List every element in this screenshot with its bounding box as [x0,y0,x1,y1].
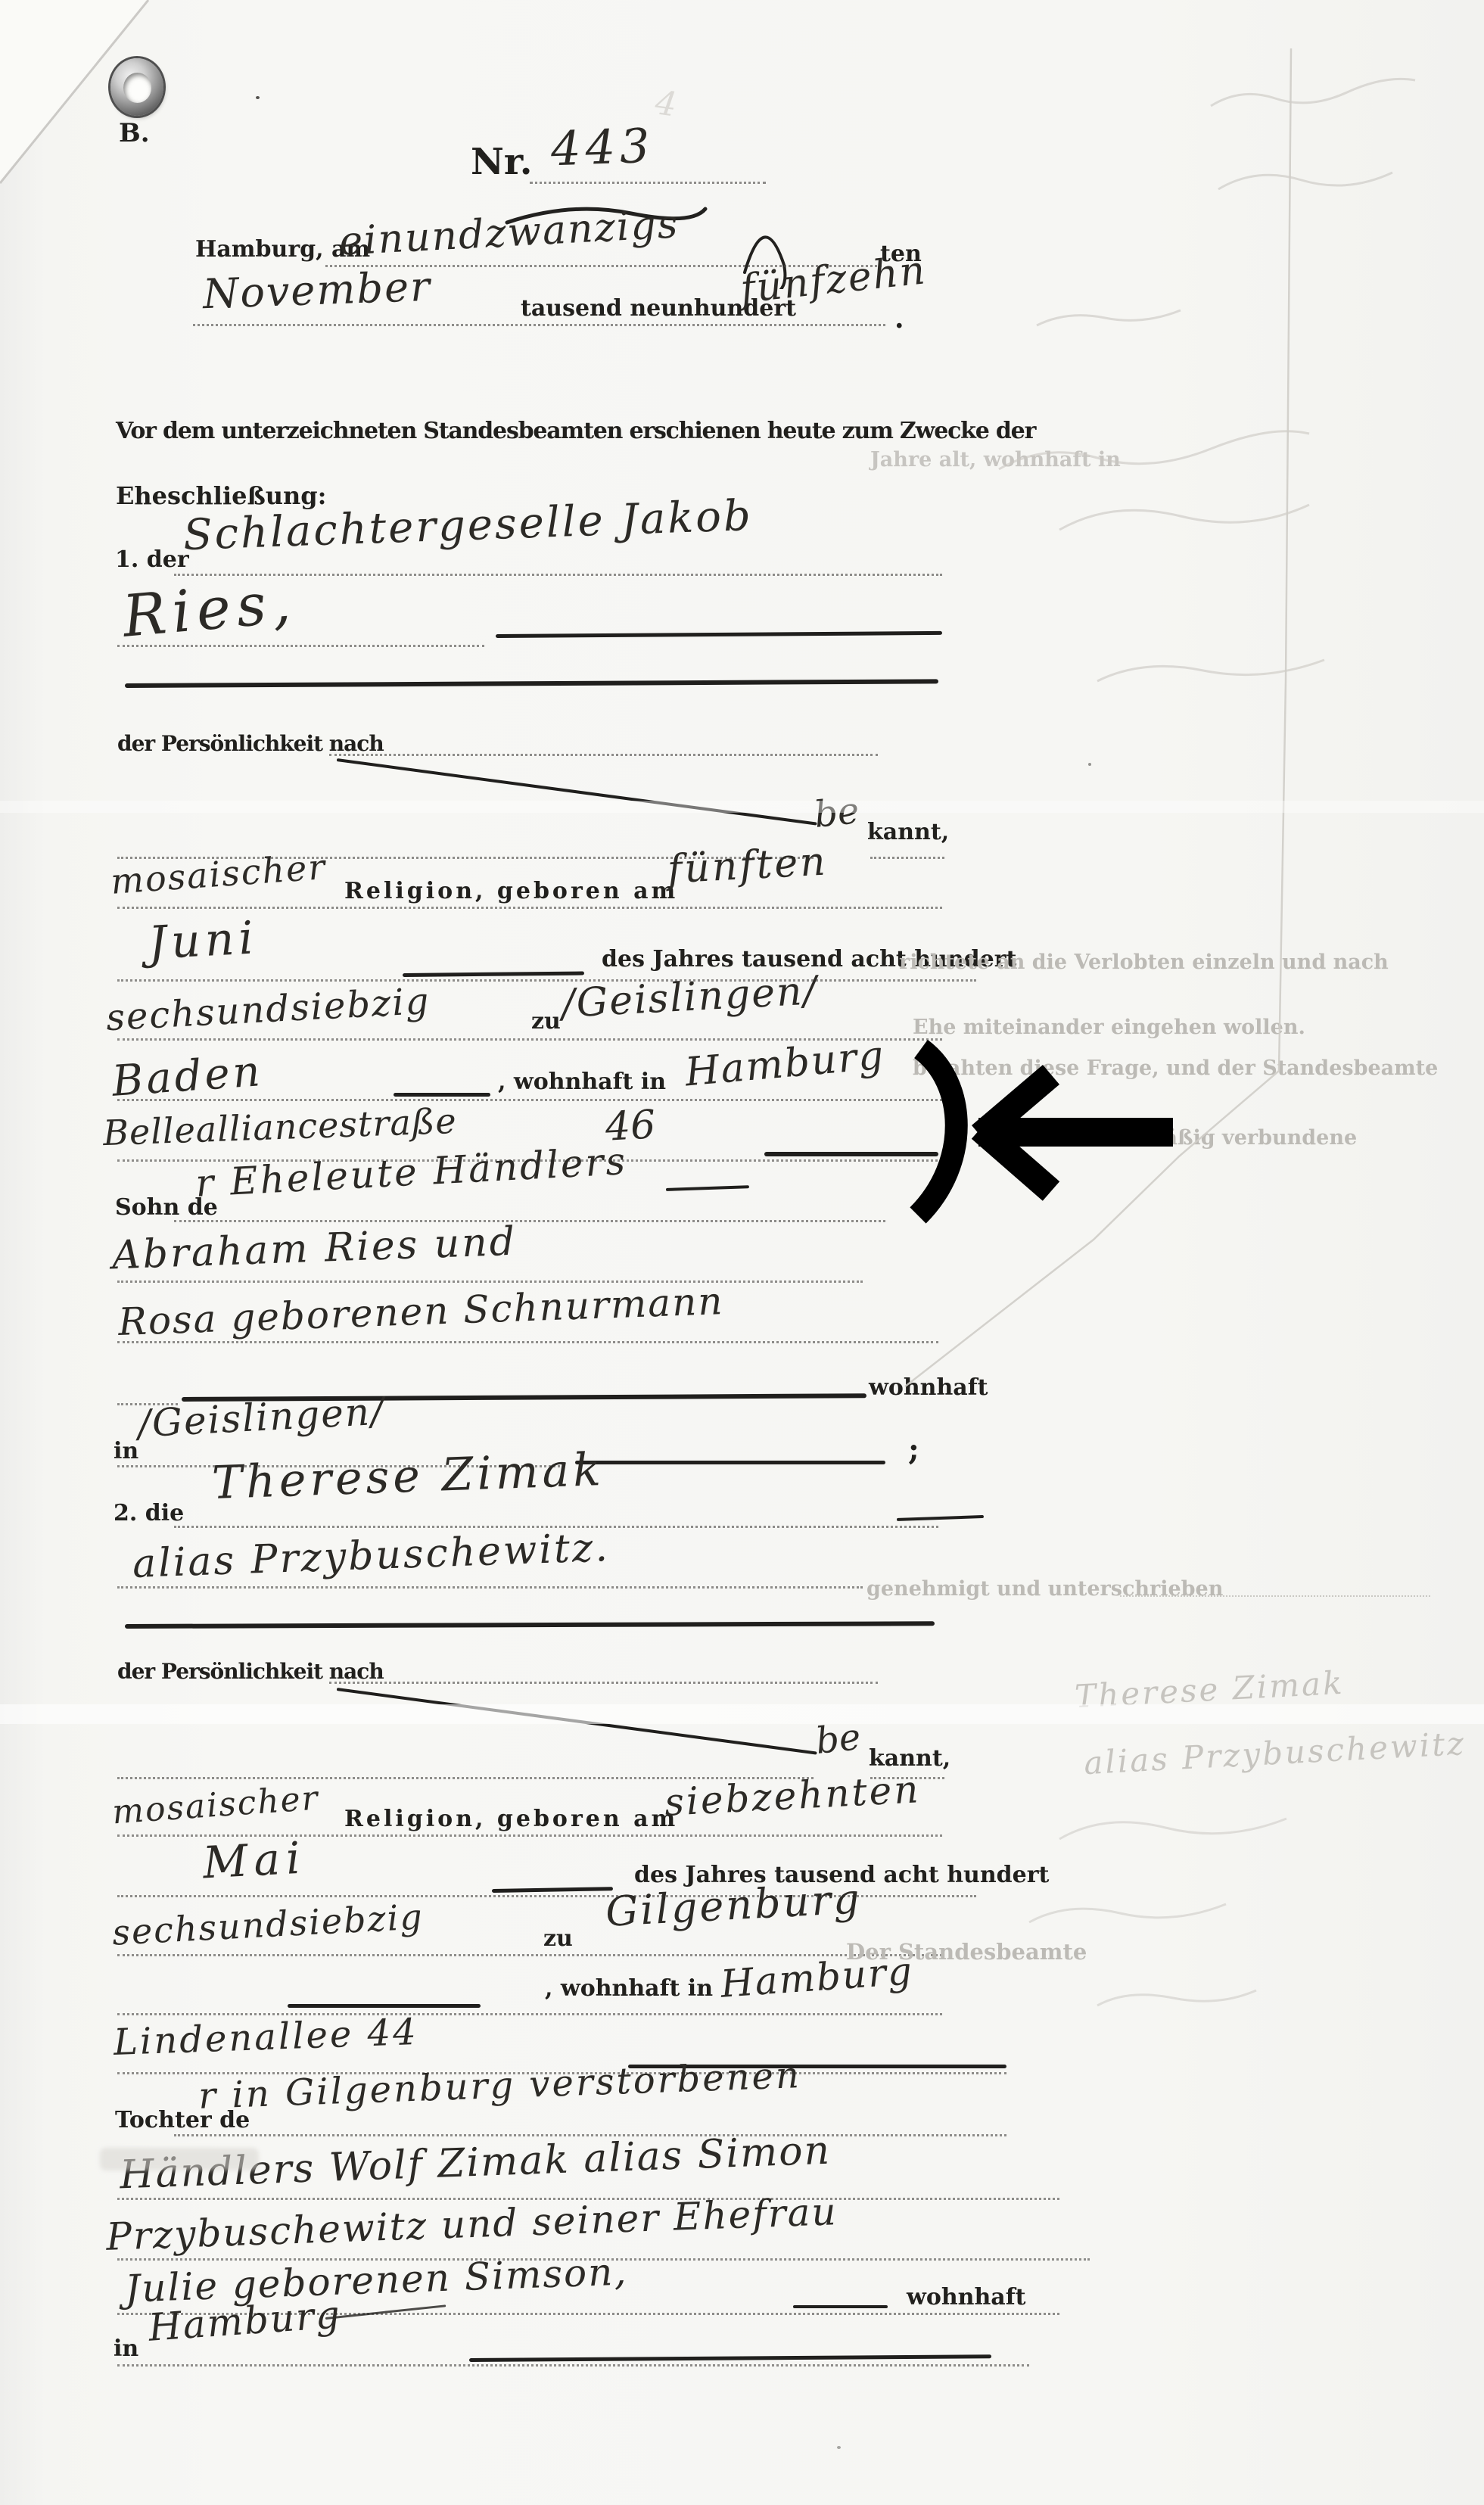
rule-identity-2 [329,1682,878,1684]
hw-bride-birth-day: siebzehnten [664,1767,922,1825]
rule-alias [117,1586,863,1589]
hw-bride-parents-intro: r in Gilgenburg verstorbenen [198,2054,801,2118]
pen-line-3 [403,971,584,977]
hw-bride-names: Therese Zimak [211,1443,605,1510]
groom-identity-label: der Persönlichkeit nach [117,731,384,756]
document-page: B. 4 Nr. 443 Hamburg, am einundzwanzigs … [0,0,1484,2505]
bleed-q1: richtete an die Verlobten einzeln und na… [899,951,1389,974]
pen-diagonal-1 [337,758,817,826]
eyelet-hole [123,73,151,103]
groom-in: in [114,1438,138,1464]
hw-groom-street: Bellealliancestraße [102,1100,457,1153]
hw-groom-be: be [812,789,861,836]
ink-smudge [100,2148,259,2170]
bride-residence-label: , wohnhaft in [545,1975,713,2002]
hw-groom-mother: Rosa geborenen Schnurmann [117,1279,724,1344]
pen-line-4 [394,1093,490,1097]
rule-identity-1 [329,754,878,756]
dust-speck-3 [837,2446,841,2449]
bleed-script1: Therese Zimak [1074,1664,1346,1716]
rule-residence-2 [117,2013,942,2015]
rule-month [193,324,885,326]
scan-band-2 [0,1704,1484,1724]
bride-identity-label: der Persönlichkeit nach [117,1659,384,1684]
rule-birthmonth-1 [117,979,976,982]
rule-in-2 [117,2364,1029,2367]
bride-in: in [114,2335,138,2362]
pen-line-12 [469,2354,991,2362]
dust-speck-1 [256,96,260,99]
corner-label: B. [119,118,150,148]
pen-diagonal-2 [337,1688,817,1755]
pen-dash-1 [666,1185,749,1191]
bride-index: 2. die [114,1500,184,1526]
hw-groom-birth-day: fünften [667,839,829,893]
rule-mother-1 [117,1341,938,1343]
faint-script-squiggles [946,76,1476,832]
hw-groom-parents-residence: /Geislingen/ [137,1389,386,1445]
intro-purpose: Eheschließung: [116,481,326,510]
page-corner-fold [0,0,197,227]
arrow-annotation [882,1035,1192,1236]
pen-line-2 [125,679,938,688]
pen-line-7 [575,1461,885,1464]
bride-wohnhaft: wohnhaft [907,2284,1025,2311]
rule-father-1 [117,1281,863,1283]
groom-semicolon: ; [908,1432,919,1467]
groom-kannt: kannt, [867,819,949,845]
rule-groom-surname [117,645,484,647]
hw-groom-birth-month: Juni [147,911,259,969]
rule-son-1 [174,1220,885,1222]
groom-index: 1. der [115,546,189,573]
hw-groom-birth-year: sechsundsiebzig [105,980,431,1039]
rule-religion-1 [117,907,942,909]
hw-bride-be: be [814,1716,863,1763]
bleed-rule [1120,1595,1430,1597]
hw-bride-birth-month: Mai [201,1831,307,1888]
groom-wohnhaft: wohnhaft [869,1374,988,1401]
pen-line-1 [496,631,942,638]
hw-bride-alias: alias Przybuschewitz. [132,1525,611,1587]
faint-script-squiggles-2 [984,1778,1476,2081]
hw-groom-father: Abraham Ries und [111,1219,518,1279]
pen-dash-2 [897,1515,984,1521]
pen-line-8 [125,1621,935,1629]
nr-value: 443 [550,118,655,177]
hw-groom-religion: mosaischer [109,846,327,902]
hw-groom-birth-place: /Geislingen/ [561,968,820,1027]
hw-groom-residence: Hamburg [683,1033,887,1096]
hw-bride-birth-year: sechsundsiebzig [111,1896,425,1953]
bride-religion-label: Religion, geboren am [344,1806,678,1832]
bleed-script2: alias Przybuschewitz [1083,1725,1467,1782]
rule-region-1 [117,1099,942,1101]
bride-zu: zu [543,1925,573,1952]
groom-religion-label: Religion, geboren am [344,878,678,904]
intro-line: Vor dem unterzeichneten Standesbeamten e… [116,418,1035,444]
year-period: . [894,303,904,335]
pen-line-9 [492,1887,613,1893]
hw-groom-region: Baden [110,1047,265,1106]
hw-month: November [202,263,432,318]
pencil-mark: 4 [653,83,680,124]
rule-bekannt-1b [870,857,944,859]
rule-under-nr [530,182,766,184]
groom-residence-label: , wohnhaft in [498,1069,666,1095]
nr-label: Nr. [471,141,532,183]
pen-dash-3 [793,2305,888,2308]
dust-speck-2 [1088,763,1091,766]
groom-zu: zu [531,1008,561,1035]
hw-groom-surname: Ries, [120,568,300,650]
hw-groom-parents-intro: r Eheleute Händlers [194,1139,628,1206]
hw-bride-religion: mosaischer [111,1779,321,1832]
pen-line-10 [288,2004,481,2008]
bleed-signed: genehmigt und unterschrieben [866,1577,1223,1601]
hw-bride-street: Lindenallee 44 [113,2011,418,2064]
